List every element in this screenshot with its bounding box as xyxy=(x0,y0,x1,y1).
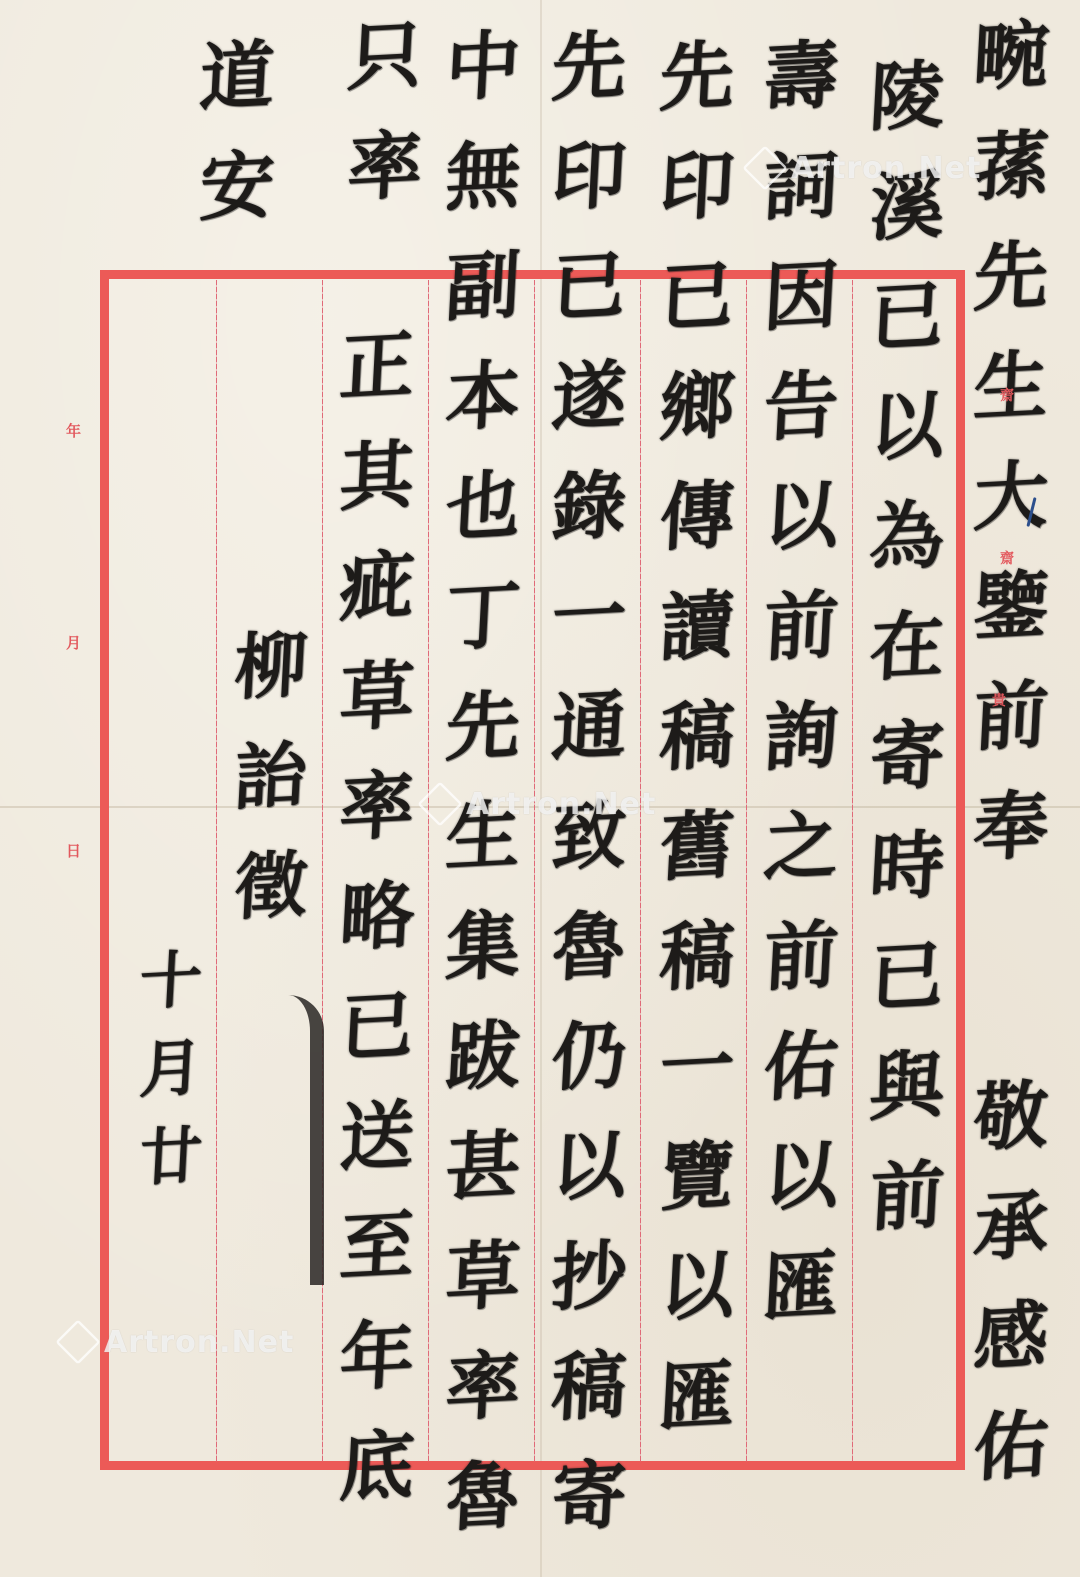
glyph: 之 xyxy=(760,808,840,922)
glyph: 魯 xyxy=(548,908,628,1022)
glyph: 時 xyxy=(866,828,946,942)
glyph: 集 xyxy=(442,908,522,1022)
margin-label-day: 日 xyxy=(66,840,81,861)
glyph: 草 xyxy=(442,1238,522,1352)
glyph: 疵 xyxy=(336,548,416,662)
date-glyph: 十 xyxy=(137,948,204,1039)
glyph: 其 xyxy=(336,438,416,552)
glyph: 與 xyxy=(866,1048,946,1162)
glyph: 已 xyxy=(866,938,946,1052)
glyph: 壽 xyxy=(760,38,840,152)
text-column-4: 先印已 鄉 傳 讀 稿 舊 稿 一覽以匯 xyxy=(648,40,744,1470)
text-column-3: 壽 詞 因 告 以 前 詢 之 前 佑以匯 xyxy=(752,40,848,1360)
glyph: 道 xyxy=(196,38,276,152)
artron-logo-icon xyxy=(55,1319,100,1364)
glyph: 舊 xyxy=(656,808,736,922)
glyph: 無 xyxy=(442,138,522,252)
column-rule xyxy=(640,280,641,1462)
signature: 柳 詒 徵 xyxy=(222,630,318,960)
text-column-1-continued: 敬承感佑 xyxy=(962,1080,1058,1520)
glyph: 率 xyxy=(344,128,424,242)
glyph: 稿 xyxy=(548,1348,628,1462)
glyph: 前 xyxy=(866,1158,946,1272)
glyph: 前 xyxy=(760,588,840,702)
glyph: 生 xyxy=(970,348,1050,462)
seal-mark: 齋 xyxy=(1000,548,1014,568)
glyph: 在 xyxy=(866,608,946,722)
glyph: 鑒 xyxy=(970,568,1050,682)
glyph: 寄 xyxy=(866,718,946,832)
glyph: 已 xyxy=(548,248,628,362)
glyph: 率 xyxy=(442,1348,522,1462)
glyph: 以 xyxy=(866,388,946,502)
glyph: 正 xyxy=(336,328,416,442)
margin-label-year: 年 xyxy=(66,420,81,441)
watermark: Artron.Net xyxy=(420,784,656,824)
glyph: 奉 xyxy=(970,788,1050,902)
glyph: 丁 xyxy=(442,578,522,692)
date-glyph: 廿 xyxy=(137,1124,204,1215)
glyph: 草 xyxy=(336,658,416,772)
glyph: 底 xyxy=(336,1428,416,1542)
glyph: 率 xyxy=(336,768,416,882)
column-rule xyxy=(746,280,747,1462)
column-rule xyxy=(534,280,535,1462)
glyph: 讀 xyxy=(656,588,736,702)
glyph: 只 xyxy=(344,18,424,132)
text-column-7: 正 其 疵 草 率 略 已 送 至 年 底 xyxy=(328,330,424,1540)
glyph: 先 xyxy=(970,238,1050,352)
glyph: 錄 xyxy=(548,468,628,582)
glyph: 抄 xyxy=(548,1238,628,1352)
watermark: Artron.Net xyxy=(58,1322,294,1362)
artron-logo-icon xyxy=(417,781,462,826)
glyph: 前 xyxy=(970,678,1050,792)
signature-glyph: 詒 xyxy=(231,738,309,852)
glyph: 跋 xyxy=(442,1018,522,1132)
text-column-2: 陵 溪 已 以 為 在 寄 時 已 與 前 xyxy=(858,60,954,1270)
glyph: 詢 xyxy=(760,698,840,812)
date-glyph: 月 xyxy=(137,1036,204,1127)
glyph: 畹 xyxy=(970,18,1050,132)
column-rule xyxy=(852,280,853,1462)
glyph: 遂 xyxy=(548,358,628,472)
column-rule xyxy=(428,280,429,1462)
glyph: 印 xyxy=(548,138,628,252)
date-line: 十 月 廿 xyxy=(122,950,218,1214)
glyph: 鄉 xyxy=(656,368,736,482)
glyph: 安 xyxy=(196,148,276,262)
glyph: 已 xyxy=(866,278,946,392)
glyph: 因 xyxy=(760,258,840,372)
glyph: 告 xyxy=(760,368,840,482)
glyph: 稿 xyxy=(656,918,736,1032)
glyph: 前 xyxy=(760,918,840,1032)
glyph: 副 xyxy=(442,248,522,362)
glyph: 年 xyxy=(336,1318,416,1432)
glyph: 甚 xyxy=(442,1128,522,1242)
glyph: 傳 xyxy=(656,478,736,592)
glyph: 也 xyxy=(442,468,522,582)
glyph: 送 xyxy=(336,1098,416,1212)
glyph: 以 xyxy=(548,1128,628,1242)
watermark: Artron.Net xyxy=(745,148,981,188)
signature-flourish xyxy=(288,995,324,1285)
glyph: 仍 xyxy=(548,1018,628,1132)
glyph: 已 xyxy=(336,988,416,1102)
glyph: 稿 xyxy=(656,698,736,812)
glyph: 為 xyxy=(866,498,946,612)
column-rule xyxy=(216,280,217,1462)
text-column-9: 道 安 xyxy=(188,40,284,260)
glyph: 以 xyxy=(760,478,840,592)
glyph: 寄 xyxy=(548,1458,628,1572)
glyph: 魯 xyxy=(442,1458,522,1572)
signature-glyph: 徵 xyxy=(231,848,309,962)
seal-mark: 齋 xyxy=(1000,385,1014,405)
text-column-8: 只 率 xyxy=(336,20,432,240)
glyph: 略 xyxy=(336,878,416,992)
glyph: 蓀 xyxy=(970,128,1050,242)
glyph: 一 xyxy=(548,578,628,692)
artron-logo-icon xyxy=(742,145,787,190)
glyph: 至 xyxy=(336,1208,416,1322)
signature-glyph: 柳 xyxy=(231,628,309,742)
margin-label-month: 月 xyxy=(66,632,81,653)
seal-mark: 貴 xyxy=(992,690,1006,710)
glyph: 先 xyxy=(548,28,628,142)
glyph: 中 xyxy=(442,28,522,142)
glyph: 本 xyxy=(442,358,522,472)
